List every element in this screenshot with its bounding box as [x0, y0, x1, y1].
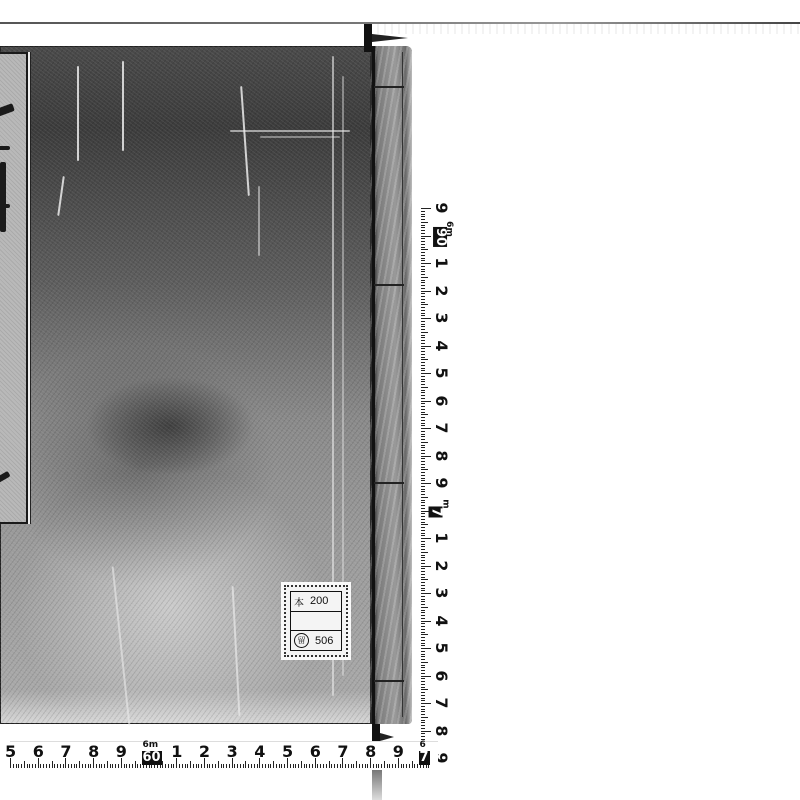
- ruler-tick: [124, 764, 125, 768]
- ruler-tick: [281, 764, 282, 768]
- ruler-tick: [421, 497, 428, 498]
- holder-clip-top-pointer: [372, 34, 408, 42]
- ruler-tick: [421, 472, 425, 473]
- ruler-tick: [421, 439, 425, 440]
- ruler-tick: [421, 379, 425, 380]
- ruler-tick: [421, 546, 425, 547]
- ruler-tick: [270, 764, 271, 768]
- ruler-tick: [421, 326, 425, 327]
- label-row-classification: 本 200: [291, 592, 341, 612]
- ruler-tick: [421, 692, 425, 693]
- ruler-tick: [187, 764, 188, 768]
- ruler-tick: [421, 348, 425, 349]
- ruler-tick: [421, 392, 425, 393]
- ruler-tick: [421, 428, 431, 429]
- ruler-tick: [421, 491, 425, 492]
- ruler-tick: [421, 637, 425, 638]
- ruler-tick: [421, 403, 425, 404]
- ruler-number: 9: [116, 744, 127, 760]
- ruler-tick: [421, 381, 425, 382]
- ruler-tick: [49, 764, 50, 768]
- ruler-tick: [171, 764, 172, 768]
- ruler-tick: [104, 764, 105, 768]
- ruler-tick: [421, 654, 425, 655]
- ruler-tick: [129, 764, 130, 768]
- ruler-number: 1: [433, 255, 449, 271]
- ruler-tick: [421, 513, 425, 514]
- ruler-tick: [421, 494, 425, 495]
- ruler-tick: [421, 346, 431, 347]
- ruler-tick: [421, 678, 425, 679]
- ruler-tick: [421, 464, 425, 465]
- ruler-tick: [421, 607, 428, 608]
- paper-texture: [0, 46, 412, 724]
- ruler-number: 8: [365, 744, 376, 760]
- ruler-tick: [421, 505, 425, 506]
- ruler-tick: [306, 764, 307, 768]
- ruler-tick: [421, 604, 425, 605]
- ruler-tick: [162, 761, 163, 768]
- ruler-tick: [421, 313, 425, 314]
- ruler-tick: [421, 681, 425, 682]
- ruler-tick: [421, 659, 425, 660]
- ruler-tick: [421, 662, 428, 663]
- ruler-tick: [240, 764, 241, 768]
- ruler-tick: [421, 238, 425, 239]
- holder-clip-top: [364, 24, 372, 52]
- ruler-tick: [421, 208, 431, 209]
- ruler-tick: [165, 764, 166, 768]
- ruler-tick: [18, 764, 19, 768]
- ruler-tick: [60, 764, 61, 768]
- ruler-number: 9: [433, 200, 449, 216]
- ruler-tick: [421, 340, 425, 341]
- ruler-tick: [126, 764, 127, 768]
- ruler-tick: [421, 640, 425, 641]
- ruler-tick: [373, 764, 374, 768]
- ruler-tick: [421, 442, 428, 443]
- ruler-number: 1: [171, 744, 182, 760]
- ruler-tick: [421, 667, 425, 668]
- ruler-tick: [421, 216, 425, 217]
- ruler-tick: [421, 409, 425, 410]
- ruler-tick: [262, 764, 263, 768]
- ruler-number: 5: [282, 744, 293, 760]
- ruler-tick: [421, 475, 425, 476]
- ruler-tick: [421, 390, 425, 391]
- ruler-tick: [421, 227, 425, 228]
- ruler-tick: [421, 588, 425, 589]
- ruler-tick: [353, 764, 354, 768]
- ruler-tick: [101, 764, 102, 768]
- ruler-tick: [421, 236, 431, 237]
- ruler-tick: [215, 764, 216, 768]
- ruler-tick: [421, 395, 425, 396]
- ruler-tick: [421, 530, 425, 531]
- ruler-tick: [421, 249, 428, 250]
- ruler-number: 7: [337, 744, 348, 760]
- ruler-tick: [421, 706, 425, 707]
- ruler-tick: [198, 764, 199, 768]
- ruler-tick: [421, 285, 425, 286]
- ruler-tick: [421, 263, 431, 264]
- ruler-tick: [99, 764, 100, 768]
- ruler-tick: [421, 291, 431, 292]
- ruler-tick: [406, 764, 407, 768]
- ruler-tick: [365, 764, 366, 768]
- ruler-tick: [421, 412, 425, 413]
- ruler-tick: [421, 731, 431, 732]
- ruler-tick: [421, 304, 428, 305]
- ruler-number: 2: [199, 744, 210, 760]
- ruler-tick: [421, 670, 425, 671]
- ruler-tick: [421, 318, 431, 319]
- ruler-tick: [421, 700, 425, 701]
- ruler-tick: [421, 676, 431, 677]
- ruler-tick: [312, 764, 313, 768]
- ruler-tick: [421, 703, 431, 704]
- ruler-tick: [421, 736, 425, 737]
- ruler-number: 5: [433, 640, 449, 656]
- ruler-tick: [421, 555, 425, 556]
- ruler-tick: [221, 764, 222, 768]
- ruler-tick: [421, 552, 428, 553]
- ruler-tick: [309, 764, 310, 768]
- ruler-tick: [196, 764, 197, 768]
- ruler-tick: [356, 761, 357, 768]
- ruler-tick: [82, 764, 83, 768]
- ruler-tick: [392, 764, 393, 768]
- ruler-tick: [421, 486, 425, 487]
- ruler-tick: [245, 761, 246, 768]
- ruler-tick: [68, 764, 69, 768]
- ruler-tick: [421, 384, 425, 385]
- ruler-tick: [421, 406, 425, 407]
- ruler-tick: [21, 764, 22, 768]
- ruler-tick: [421, 698, 425, 699]
- ruler-tick: [421, 274, 425, 275]
- ruler-tick: [251, 764, 252, 768]
- ruler-tick: [421, 401, 431, 402]
- ruler-tick: [226, 764, 227, 768]
- ruler-tick: [421, 549, 425, 550]
- binding-thread: [374, 86, 404, 88]
- ruler-tick: [421, 211, 425, 212]
- crease: [260, 136, 340, 138]
- ruler-tick: [331, 764, 332, 768]
- ruler-number: 9: [433, 475, 449, 491]
- ruler-number: 8: [433, 723, 449, 739]
- ruler-tick: [234, 764, 235, 768]
- ruler-tick: [421, 373, 431, 374]
- ruler-tick: [421, 425, 425, 426]
- ruler-tick: [421, 656, 425, 657]
- ruler-tick: [24, 761, 25, 768]
- ruler-tick: [90, 764, 91, 768]
- ruler-tick: [421, 214, 425, 215]
- ruler-tick: [298, 764, 299, 768]
- ruler-tick: [348, 764, 349, 768]
- scanner-noise: [370, 24, 800, 34]
- ruler-tick: [421, 714, 425, 715]
- ruler-tick: [345, 764, 346, 768]
- ruler-tick: [257, 764, 258, 768]
- ruler-number: 6: [33, 744, 44, 760]
- ruler-tick: [421, 423, 425, 424]
- ruler-number: 4: [433, 613, 449, 629]
- ruler-tick: [421, 709, 425, 710]
- ruler-tick: [384, 761, 385, 768]
- vertical-ruler: 9906m1234567897m123456789: [421, 198, 449, 758]
- ruler-tick: [304, 764, 305, 768]
- ruler-tick: [110, 764, 111, 768]
- ruler-tick: [317, 764, 318, 768]
- label-number: 200: [310, 595, 328, 607]
- ruler-tick: [201, 764, 202, 768]
- ruler-tick: [421, 351, 425, 352]
- ruler-tick: [88, 764, 89, 768]
- ruler-tick: [421, 458, 425, 459]
- ruler-tick: [323, 764, 324, 768]
- ruler-tick: [107, 761, 108, 768]
- catalogue-label: 本 200 留 506: [284, 585, 348, 657]
- ruler-tick: [421, 436, 425, 437]
- ruler-number: 2: [433, 283, 449, 299]
- ruler-tick: [13, 764, 14, 768]
- ruler-tick: [395, 764, 396, 768]
- ruler-tick: [421, 544, 425, 545]
- ruler-tick: [421, 233, 425, 234]
- ruler-tick: [421, 733, 425, 734]
- ruler-tick: [421, 478, 425, 479]
- ruler-tick: [421, 527, 425, 528]
- ruler-tick: [421, 332, 428, 333]
- ruler-number: 4: [254, 744, 265, 760]
- ruler-tick: [421, 467, 425, 468]
- ruler-tick: [421, 725, 425, 726]
- holder-clip-bottom-pointer: [380, 733, 394, 741]
- ruler-number: 2: [433, 558, 449, 574]
- ruler-tick: [421, 571, 425, 572]
- ruler-tick: [421, 610, 425, 611]
- ruler-tick: [421, 343, 425, 344]
- ruler-unit-box: 7: [419, 751, 430, 765]
- ruler-tick: [362, 764, 363, 768]
- ruler-tick: [421, 535, 425, 536]
- ruler-tick: [421, 354, 425, 355]
- ruler-tick: [378, 764, 379, 768]
- ruler-tick: [421, 585, 425, 586]
- binding-thread: [374, 680, 404, 682]
- ruler-tick: [421, 329, 425, 330]
- ruler-tick: [421, 621, 431, 622]
- crease: [230, 130, 350, 132]
- ruler-tick: [173, 764, 174, 768]
- ruler-tick: [421, 574, 425, 575]
- ruler-tick: [193, 764, 194, 768]
- ruler-tick: [414, 764, 415, 768]
- ruler-unit-label: 6m: [444, 221, 454, 237]
- ruler-tick: [389, 764, 390, 768]
- ruler-tick: [243, 764, 244, 768]
- ruler-number: 6: [433, 393, 449, 409]
- ruler-tick: [279, 764, 280, 768]
- ruler-tick: [421, 626, 425, 627]
- ruler-tick: [421, 634, 428, 635]
- ruler-tick: [387, 764, 388, 768]
- ruler-number: 3: [433, 310, 449, 326]
- ruler-tick: [74, 764, 75, 768]
- ruler-tick: [421, 665, 425, 666]
- ruler-tick: [16, 764, 17, 768]
- ruler-tick: [421, 593, 431, 594]
- ruler-tick: [179, 764, 180, 768]
- ruler-tick: [412, 761, 413, 768]
- ruler-tick: [421, 277, 428, 278]
- ruler-tick: [421, 629, 425, 630]
- ruler-tick: [421, 577, 425, 578]
- ruler-tick: [421, 255, 425, 256]
- ruler-tick: [409, 764, 410, 768]
- ruler-tick: [421, 420, 425, 421]
- ruler-number: 8: [433, 448, 449, 464]
- horizontal-ruler: 56789606m12345678976: [10, 741, 438, 770]
- ruler-tick: [32, 764, 33, 768]
- title-character: [0, 471, 11, 483]
- ruler-number: 5: [5, 744, 16, 760]
- ruler-tick: [268, 764, 269, 768]
- ruler-number: 8: [88, 744, 99, 760]
- ruler-tick: [421, 258, 425, 259]
- ruler-tick: [185, 764, 186, 768]
- ruler-tick: [421, 645, 425, 646]
- ruler-tick: [421, 280, 425, 281]
- ruler-tick: [132, 764, 133, 768]
- ruler-tick: [421, 453, 425, 454]
- ruler-tick: [421, 673, 425, 674]
- ruler-tick: [421, 293, 425, 294]
- ruler-tick: [421, 252, 425, 253]
- ruler-tick: [79, 761, 80, 768]
- ruler-tick: [421, 612, 425, 613]
- ruler-tick: [421, 502, 425, 503]
- ruler-tick: [29, 764, 30, 768]
- ruler-number: 7: [60, 744, 71, 760]
- ruler-tick: [421, 651, 425, 652]
- ruler-tick: [337, 764, 338, 768]
- ruler-tick: [421, 337, 425, 338]
- ruler-tick: [421, 566, 431, 567]
- ruler-number: 3: [433, 585, 449, 601]
- ruler-tick: [421, 508, 425, 509]
- ruler-tick: [421, 296, 425, 297]
- label-mark: 本: [294, 594, 304, 609]
- ruler-tick: [421, 365, 425, 366]
- ruler-tick: [254, 764, 255, 768]
- ruler-tick: [334, 764, 335, 768]
- label-stamp: 留: [294, 633, 309, 648]
- ruler-tick: [421, 310, 425, 311]
- ruler-tick: [421, 222, 428, 223]
- ruler-tick: [421, 447, 425, 448]
- ruler-tick: [421, 315, 425, 316]
- ruler-tick: [421, 720, 425, 721]
- ruler-tick: [273, 761, 274, 768]
- ruler-tick: [35, 764, 36, 768]
- ruler-tick: [421, 244, 425, 245]
- ruler-tick: [421, 417, 425, 418]
- ruler-tick: [301, 761, 302, 768]
- title-slip: [0, 52, 28, 524]
- ruler-tick: [376, 764, 377, 768]
- ruler-tick: [421, 269, 425, 270]
- ruler-tick: [421, 387, 428, 388]
- ruler-tick: [137, 764, 138, 768]
- ruler-tick: [421, 563, 425, 564]
- ruler-tick: [96, 764, 97, 768]
- ruler-number: 7: [433, 420, 449, 436]
- ruler-tick: [421, 500, 425, 501]
- ruler-tick: [168, 764, 169, 768]
- ruler-tick: [340, 764, 341, 768]
- ruler-tick: [367, 764, 368, 768]
- binding-thread: [374, 482, 404, 484]
- ruler-tick: [115, 764, 116, 768]
- ruler-tick: [212, 764, 213, 768]
- ruler-tick: [421, 632, 425, 633]
- ruler-tick: [421, 711, 425, 712]
- ruler-tick: [421, 469, 428, 470]
- ruler-number: 3: [227, 744, 238, 760]
- title-character: [0, 146, 10, 150]
- ruler-tick: [46, 764, 47, 768]
- ruler-tick: [182, 764, 183, 768]
- crease: [122, 61, 124, 151]
- ruler-tick: [421, 376, 425, 377]
- ruler-tick: [421, 271, 425, 272]
- ruler-tick: [421, 533, 425, 534]
- ruler-tick: [421, 230, 425, 231]
- ruler-tick: [421, 623, 425, 624]
- ruler-tick: [421, 288, 425, 289]
- ruler-tick: [57, 764, 58, 768]
- ruler-tick: [237, 764, 238, 768]
- ruler-tick: [421, 728, 425, 729]
- ruler-tick: [381, 764, 382, 768]
- ruler-tick: [421, 398, 425, 399]
- ruler-number: 1: [433, 530, 449, 546]
- ruler-number: 6: [433, 668, 449, 684]
- ruler-tick: [421, 601, 425, 602]
- ruler-tick: [421, 687, 425, 688]
- binding-thread: [374, 284, 404, 286]
- ruler-tick: [421, 260, 425, 261]
- ruler-tick: [421, 483, 431, 484]
- ruler-tick: [421, 456, 431, 457]
- cover-edge: [402, 52, 403, 717]
- label-accession-number: 506: [315, 635, 333, 647]
- ruler-tick: [421, 599, 425, 600]
- ruler-tick: [421, 282, 425, 283]
- ruler-tick: [218, 761, 219, 768]
- ruler-tick: [421, 689, 428, 690]
- binding-fold-line: [372, 46, 375, 724]
- ruler-tick: [359, 764, 360, 768]
- title-character: [0, 103, 15, 117]
- crease: [258, 186, 260, 256]
- ruler-number: 5: [433, 365, 449, 381]
- ruler-tick: [421, 582, 425, 583]
